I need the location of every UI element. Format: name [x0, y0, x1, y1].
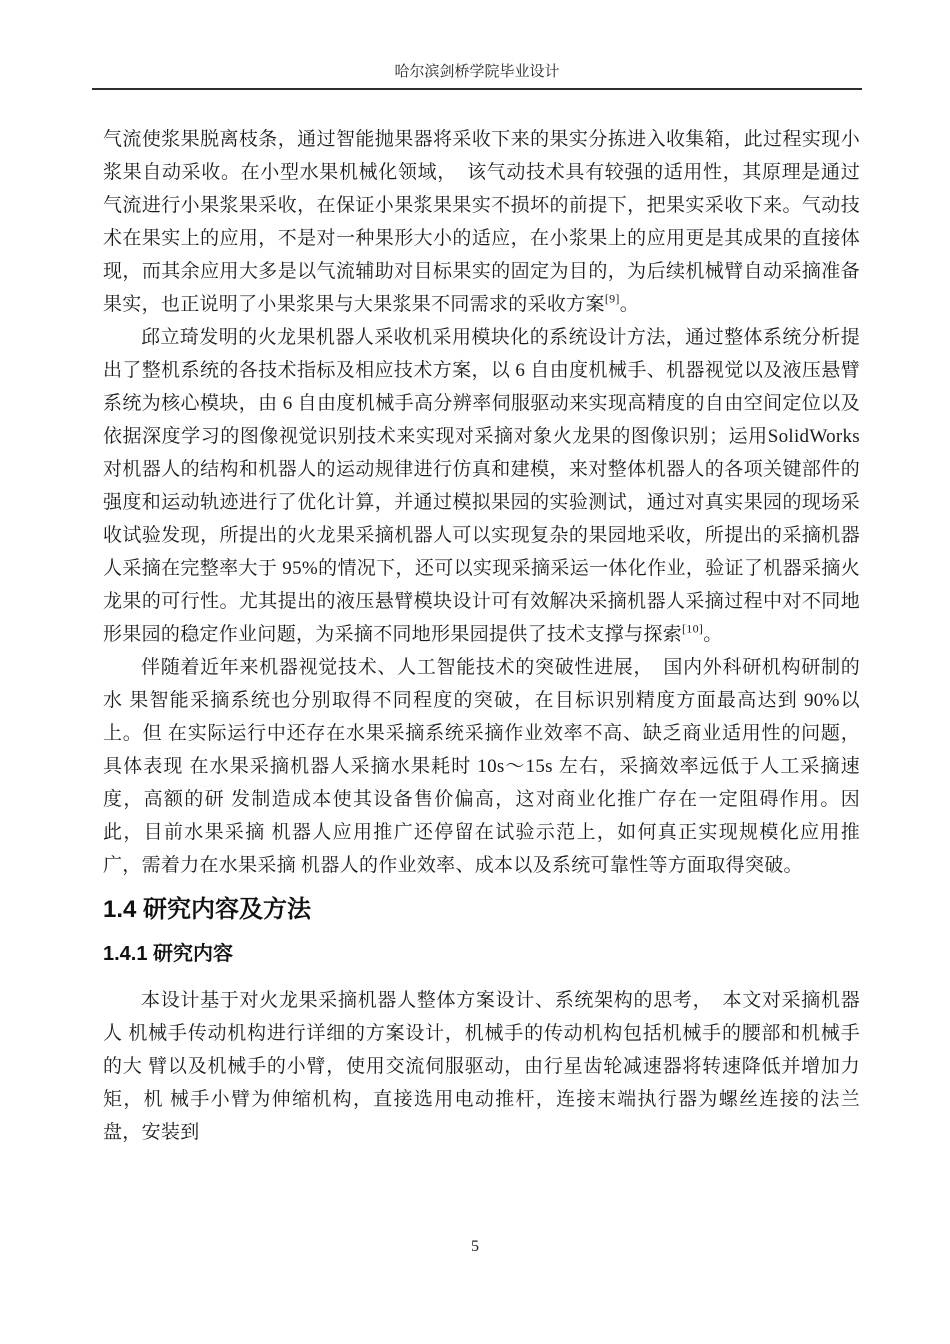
- paragraph-text: 本设计基于对火龙果采摘机器人整体方案设计、系统架构的思考， 本文对采摘机器人 机…: [103, 990, 860, 1143]
- header-title: 哈尔滨剑桥学院毕业设计: [92, 62, 862, 82]
- paragraph-text: 。: [620, 294, 639, 315]
- paragraph: 本设计基于对火龙果采摘机器人整体方案设计、系统架构的思考， 本文对采摘机器人 机…: [103, 984, 860, 1149]
- citation-superscript: [9]: [605, 292, 620, 306]
- paragraph-text: 。: [703, 624, 722, 645]
- citation-superscript: [10]: [682, 622, 703, 636]
- paragraph-text: 气流使浆果脱离枝条，通过智能抛果器将采收下来的果实分拣进入收集箱，此过程实现小浆…: [103, 129, 860, 315]
- paragraph: 邱立琦发明的火龙果机器人采收机采用模块化的系统设计方法，通过整体系统分析提出了整…: [103, 321, 860, 651]
- subsection-heading: 1.4.1 研究内容: [103, 940, 860, 968]
- paragraph: 伴随着近年来机器视觉技术、人工智能技术的突破性进展， 国内外科研机构研制的水 果…: [103, 651, 860, 882]
- header-rule: [92, 88, 862, 90]
- paragraph: 气流使浆果脱离枝条，通过智能抛果器将采收下来的果实分拣进入收集箱，此过程实现小浆…: [103, 123, 860, 321]
- section-heading: 1.4 研究内容及方法: [103, 894, 860, 926]
- document-body: 气流使浆果脱离枝条，通过智能抛果器将采收下来的果实分拣进入收集箱，此过程实现小浆…: [103, 123, 860, 1149]
- page-number: 5: [0, 1238, 950, 1256]
- paragraph-text: 邱立琦发明的火龙果机器人采收机采用模块化的系统设计方法，通过整体系统分析提出了整…: [103, 327, 860, 645]
- paragraph-text: 伴随着近年来机器视觉技术、人工智能技术的突破性进展， 国内外科研机构研制的水 果…: [103, 657, 860, 876]
- document-page: 哈尔滨剑桥学院毕业设计 气流使浆果脱离枝条，通过智能抛果器将采收下来的果实分拣进…: [0, 0, 950, 1344]
